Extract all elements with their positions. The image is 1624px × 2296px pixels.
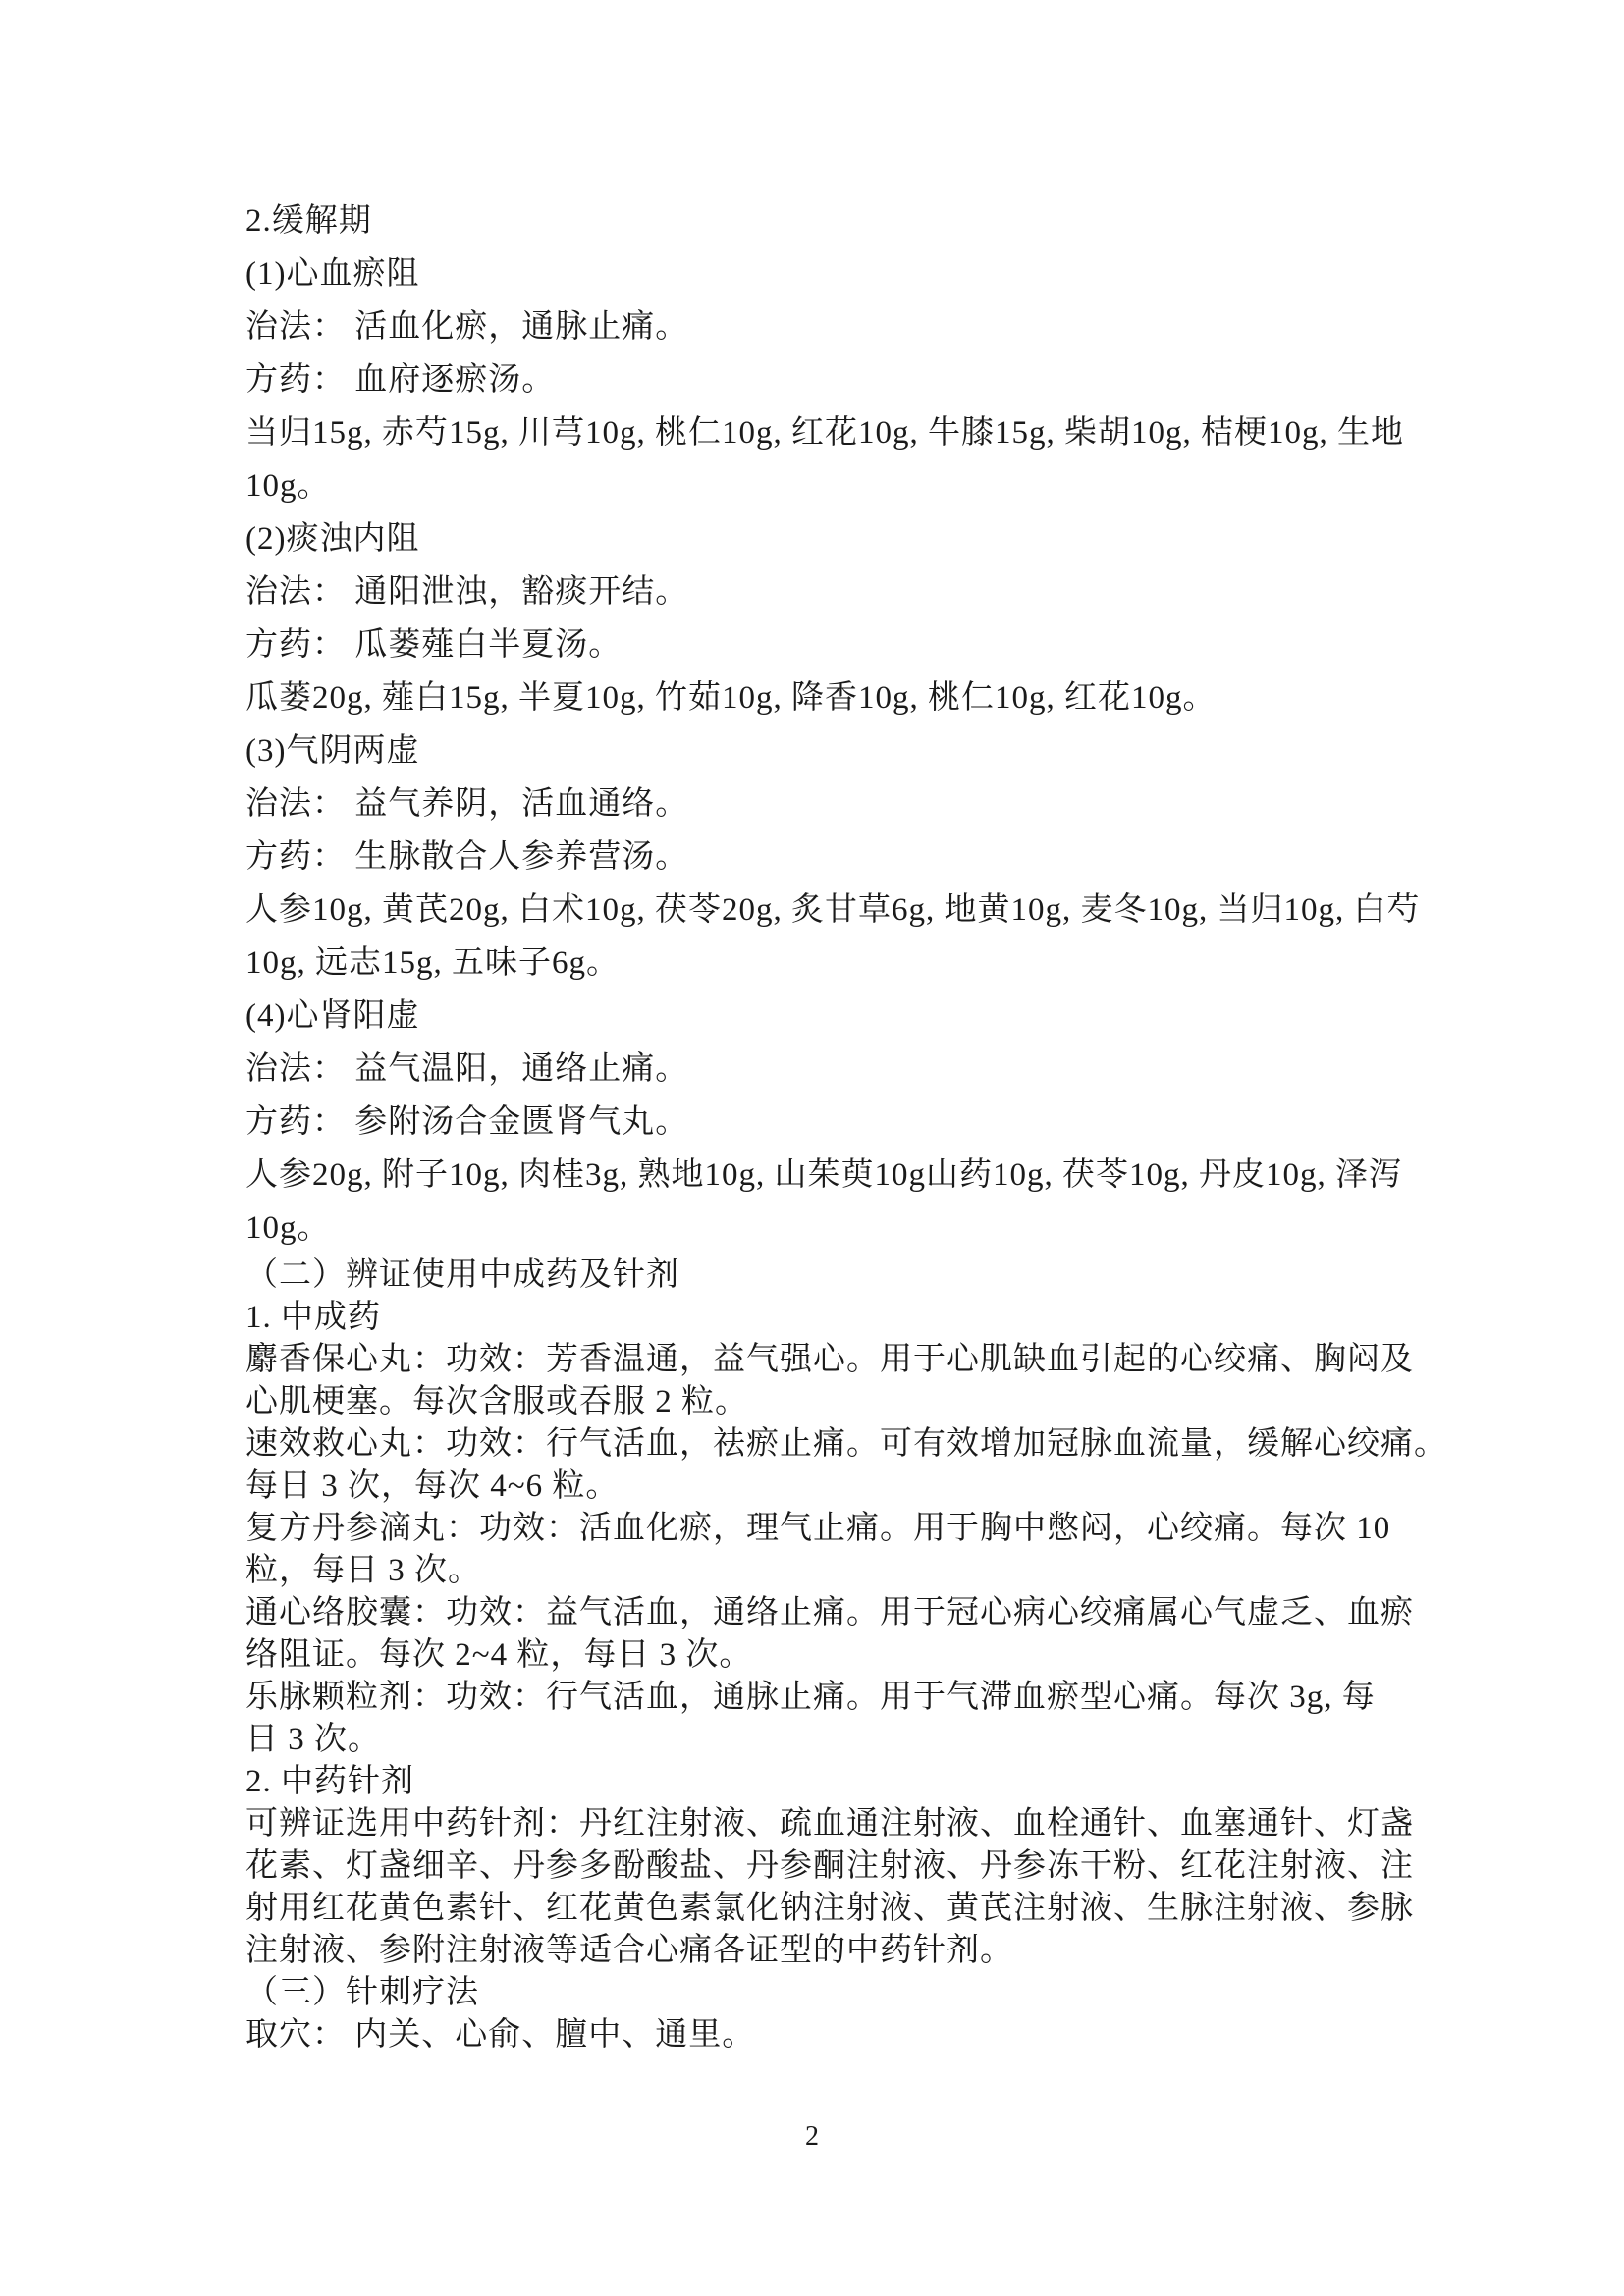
text-line: 复方丹参滴丸：功效：活血化瘀，理气止痛。用于胸中憋闷，心绞痛。每次 10 [245, 1508, 1394, 1550]
text-line: 10g, 远志15g, 五味子6g。 [245, 936, 1394, 989]
text-line: 人参20g, 附子10g, 肉桂3g, 熟地10g, 山茱萸10g山药10g, … [245, 1148, 1394, 1201]
text-line: 1. 中成药 [245, 1297, 1394, 1339]
text-line: （二）辨证使用中成药及针剂 [245, 1255, 1394, 1297]
text-line: 速效救心丸：功效：行气活血，祛瘀止痛。可有效增加冠脉血流量，缓解心绞痛。 [245, 1423, 1394, 1466]
text-line: 麝香保心丸：功效：芳香温通，益气强心。用于心肌缺血引起的心绞痛、胸闷及 [245, 1339, 1394, 1381]
text-line: 方药： 血府逐瘀汤。 [245, 353, 1394, 406]
text-line: 方药： 生脉散合人参养营汤。 [245, 830, 1394, 883]
text-line: （三）针刺疗法 [245, 1972, 1394, 2014]
text-line: 日 3 次。 [245, 1719, 1394, 1761]
text-line: 方药： 参附汤合金匮肾气丸。 [245, 1095, 1394, 1148]
text-line: 射用红花黄色素针、红花黄色素氯化钠注射液、黄芪注射液、生脉注射液、参脉 [245, 1888, 1394, 1930]
page-number: 2 [0, 2120, 1624, 2154]
text-line: 瓜蒌20g, 薤白15g, 半夏10g, 竹茹10g, 降香10g, 桃仁10g… [245, 671, 1394, 724]
text-line: 络阻证。每次 2~4 粒，每日 3 次。 [245, 1634, 1394, 1677]
text-line: (3)气阴两虚 [245, 724, 1394, 777]
text-line: 取穴： 内关、心俞、膻中、通里。 [245, 2014, 1394, 2056]
text-line: 2.缓解期 [245, 194, 1394, 247]
text-line: 粒，每日 3 次。 [245, 1550, 1394, 1592]
text-line: 治法： 益气养阴，活血通络。 [245, 777, 1394, 830]
text-line: 治法： 活血化瘀，通脉止痛。 [245, 300, 1394, 353]
text-line: 花素、灯盏细辛、丹参多酚酸盐、丹参酮注射液、丹参冻干粉、红花注射液、注 [245, 1845, 1394, 1888]
text-line: 心肌梗塞。每次含服或吞服 2 粒。 [245, 1381, 1394, 1423]
text-line: 方药： 瓜蒌薤白半夏汤。 [245, 618, 1394, 671]
patent-medicine-injection-section: （二）辨证使用中成药及针剂 1. 中成药 麝香保心丸：功效：芳香温通，益气强心。… [245, 1255, 1394, 2056]
text-line: 注射液、参附注射液等适合心痛各证型的中药针剂。 [245, 1930, 1394, 1972]
text-line: 治法： 通阳泄浊，豁痰开结。 [245, 565, 1394, 618]
text-line: 10g。 [245, 1201, 1394, 1255]
text-line: 人参10g, 黄芪20g, 白术10g, 茯苓20g, 炙甘草6g, 地黄10g… [245, 883, 1394, 936]
text-line: (1)心血瘀阻 [245, 247, 1394, 300]
document-page: 2.缓解期 (1)心血瘀阻 治法： 活血化瘀，通脉止痛。 方药： 血府逐瘀汤。 … [0, 0, 1624, 2296]
text-line: 治法： 益气温阳，通络止痛。 [245, 1042, 1394, 1095]
text-line: (4)心肾阳虚 [245, 989, 1394, 1042]
text-line: 当归15g, 赤芍15g, 川芎10g, 桃仁10g, 红花10g, 牛膝15g… [245, 406, 1394, 459]
herbal-formula-section: 2.缓解期 (1)心血瘀阻 治法： 活血化瘀，通脉止痛。 方药： 血府逐瘀汤。 … [245, 194, 1394, 1255]
text-line: 乐脉颗粒剂：功效：行气活血，通脉止痛。用于气滞血瘀型心痛。每次 3g, 每 [245, 1677, 1394, 1719]
text-line: 每日 3 次，每次 4~6 粒。 [245, 1466, 1394, 1508]
text-line: (2)痰浊内阻 [245, 512, 1394, 565]
text-line: 通心络胶囊：功效：益气活血，通络止痛。用于冠心病心绞痛属心气虚乏、血瘀 [245, 1592, 1394, 1634]
text-line: 可辨证选用中药针剂：丹红注射液、疏血通注射液、血栓通针、血塞通针、灯盏 [245, 1803, 1394, 1845]
text-line: 2. 中药针剂 [245, 1761, 1394, 1803]
text-line: 10g。 [245, 459, 1394, 512]
